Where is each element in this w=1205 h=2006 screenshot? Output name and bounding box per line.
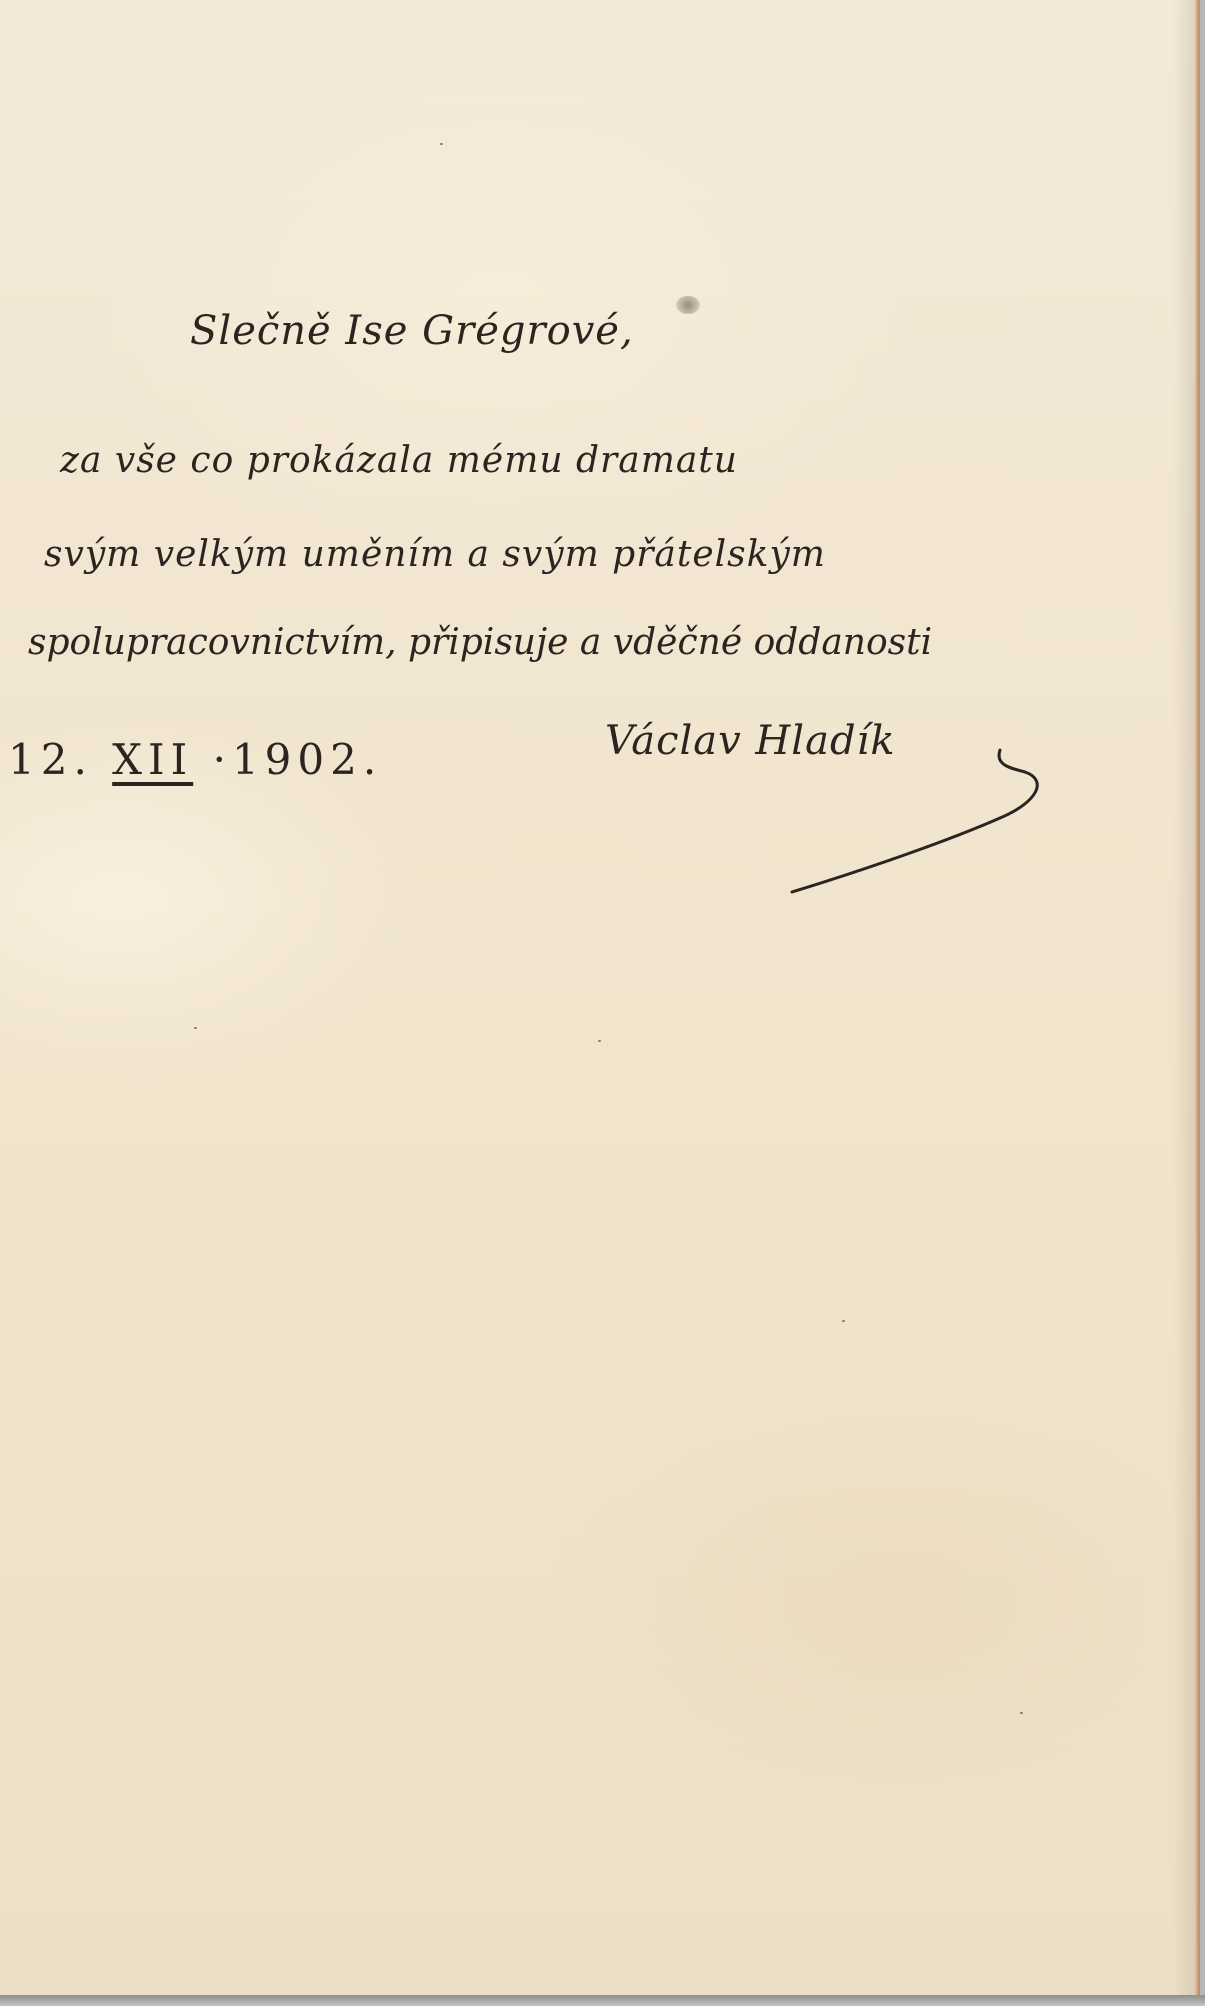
dedication-line-1: za vše co prokázala mému dramatu xyxy=(60,440,738,481)
paper-speck xyxy=(598,1040,601,1042)
dedication-line-2: svým velkým uměním a svým přátelským xyxy=(44,534,826,575)
dedication-line-3: spolupracovnictvím, připisuje a vděčné o… xyxy=(28,622,932,663)
page-edge xyxy=(1195,0,1200,1995)
date: 12. XII ·1902. xyxy=(8,735,382,784)
ink-blot xyxy=(676,296,700,314)
paper-speck xyxy=(1020,1712,1023,1714)
date-day: 12. xyxy=(8,735,93,784)
paper-speck xyxy=(842,1320,845,1322)
signature-flourish-icon xyxy=(780,740,1040,900)
date-year: ·1902. xyxy=(213,735,383,784)
salutation: Slečně Ise Grégrové, xyxy=(190,308,634,354)
date-month: XII xyxy=(112,735,193,784)
paper-speck xyxy=(440,143,443,145)
scanner-bed-strip xyxy=(0,1995,1205,2006)
paper-speck xyxy=(194,1027,197,1029)
paper-page: Slečně Ise Grégrové, za vše co prokázala… xyxy=(0,0,1200,1995)
page-edge-shadow xyxy=(1173,0,1195,1995)
